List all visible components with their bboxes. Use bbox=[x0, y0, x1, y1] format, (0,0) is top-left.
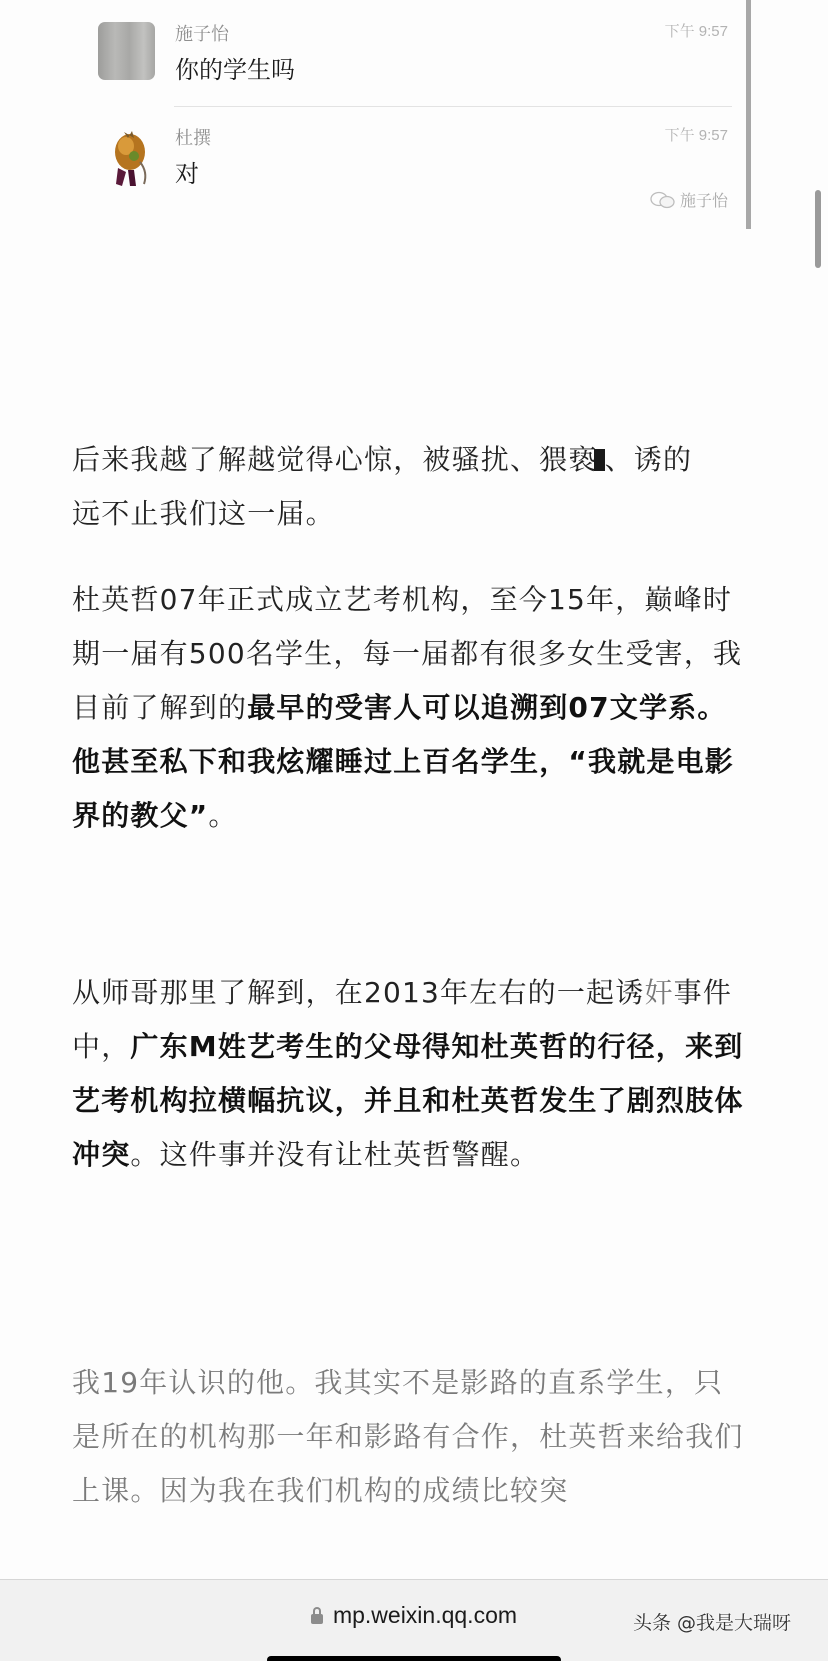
home-indicator[interactable] bbox=[267, 1656, 561, 1661]
page-scrollbar[interactable] bbox=[815, 190, 821, 268]
lock-icon bbox=[311, 1609, 323, 1624]
message-text: 对 bbox=[175, 154, 199, 189]
message-time: 下午 9:57 bbox=[665, 124, 728, 145]
chat-scrollbar[interactable] bbox=[746, 0, 751, 229]
censor-block bbox=[594, 449, 605, 471]
paragraph-text: 、诱的 bbox=[605, 443, 693, 476]
message-time: 下午 9:57 bbox=[665, 20, 728, 41]
avatar bbox=[98, 22, 155, 80]
avatar bbox=[104, 128, 154, 192]
paragraph-text: 从师哥那里了解到，在2013年左右的一起诱 bbox=[72, 976, 644, 1009]
chat-screenshot: 施子怡 你的学生吗 下午 9:57 杜撰 对 下午 9:57 bbox=[0, 0, 828, 240]
paragraph-text: 远不止我们这一届。 bbox=[72, 497, 335, 530]
browser-bottom-bar: mp.weixin.qq.com 头条 @我是大瑞呀 bbox=[0, 1579, 828, 1661]
paragraph-text: 后来我越了解越觉得心惊，被骚扰、猥亵 bbox=[72, 443, 598, 476]
wechat-watermark: 施子怡 bbox=[650, 188, 728, 211]
chat-message: 施子怡 你的学生吗 下午 9:57 bbox=[0, 0, 740, 106]
url-text: mp.weixin.qq.com bbox=[333, 1602, 517, 1628]
article-paragraph: 后来我越了解越觉得心惊，被骚扰、猥亵、诱的 远不止我们这一届。 bbox=[72, 433, 752, 541]
sender-name: 施子怡 bbox=[175, 20, 229, 46]
chat-message: 杜撰 对 下午 9:57 bbox=[0, 106, 740, 226]
toutiao-watermark: 头条 @我是大瑞呀 bbox=[633, 1608, 791, 1635]
sender-name: 杜撰 bbox=[175, 124, 211, 150]
message-text: 你的学生吗 bbox=[175, 50, 295, 85]
paragraph-text: 。这件事并没有让杜英哲警醒。 bbox=[130, 1138, 539, 1171]
watermark-text: 施子怡 bbox=[680, 188, 728, 211]
paragraph-text: 我19年认识的他。我其实不是影路的直系学生，只是所在的机构那一年和影路有合作，杜… bbox=[72, 1366, 744, 1507]
censored-char: 奸 bbox=[644, 976, 673, 1009]
article-page: 施子怡 你的学生吗 下午 9:57 杜撰 对 下午 9:57 bbox=[0, 0, 828, 1661]
paragraph-text: 。 bbox=[208, 799, 237, 832]
article-paragraph: 杜英哲07年正式成立艺考机构，至今15年，巅峰时期一届有500名学生，每一届都有… bbox=[72, 573, 752, 843]
wechat-icon bbox=[650, 191, 676, 209]
article-paragraph: 从师哥那里了解到，在2013年左右的一起诱奸事件中，广东M姓艺考生的父母得知杜英… bbox=[72, 966, 752, 1182]
article-paragraph: 我19年认识的他。我其实不是影路的直系学生，只是所在的机构那一年和影路有合作，杜… bbox=[72, 1356, 752, 1518]
